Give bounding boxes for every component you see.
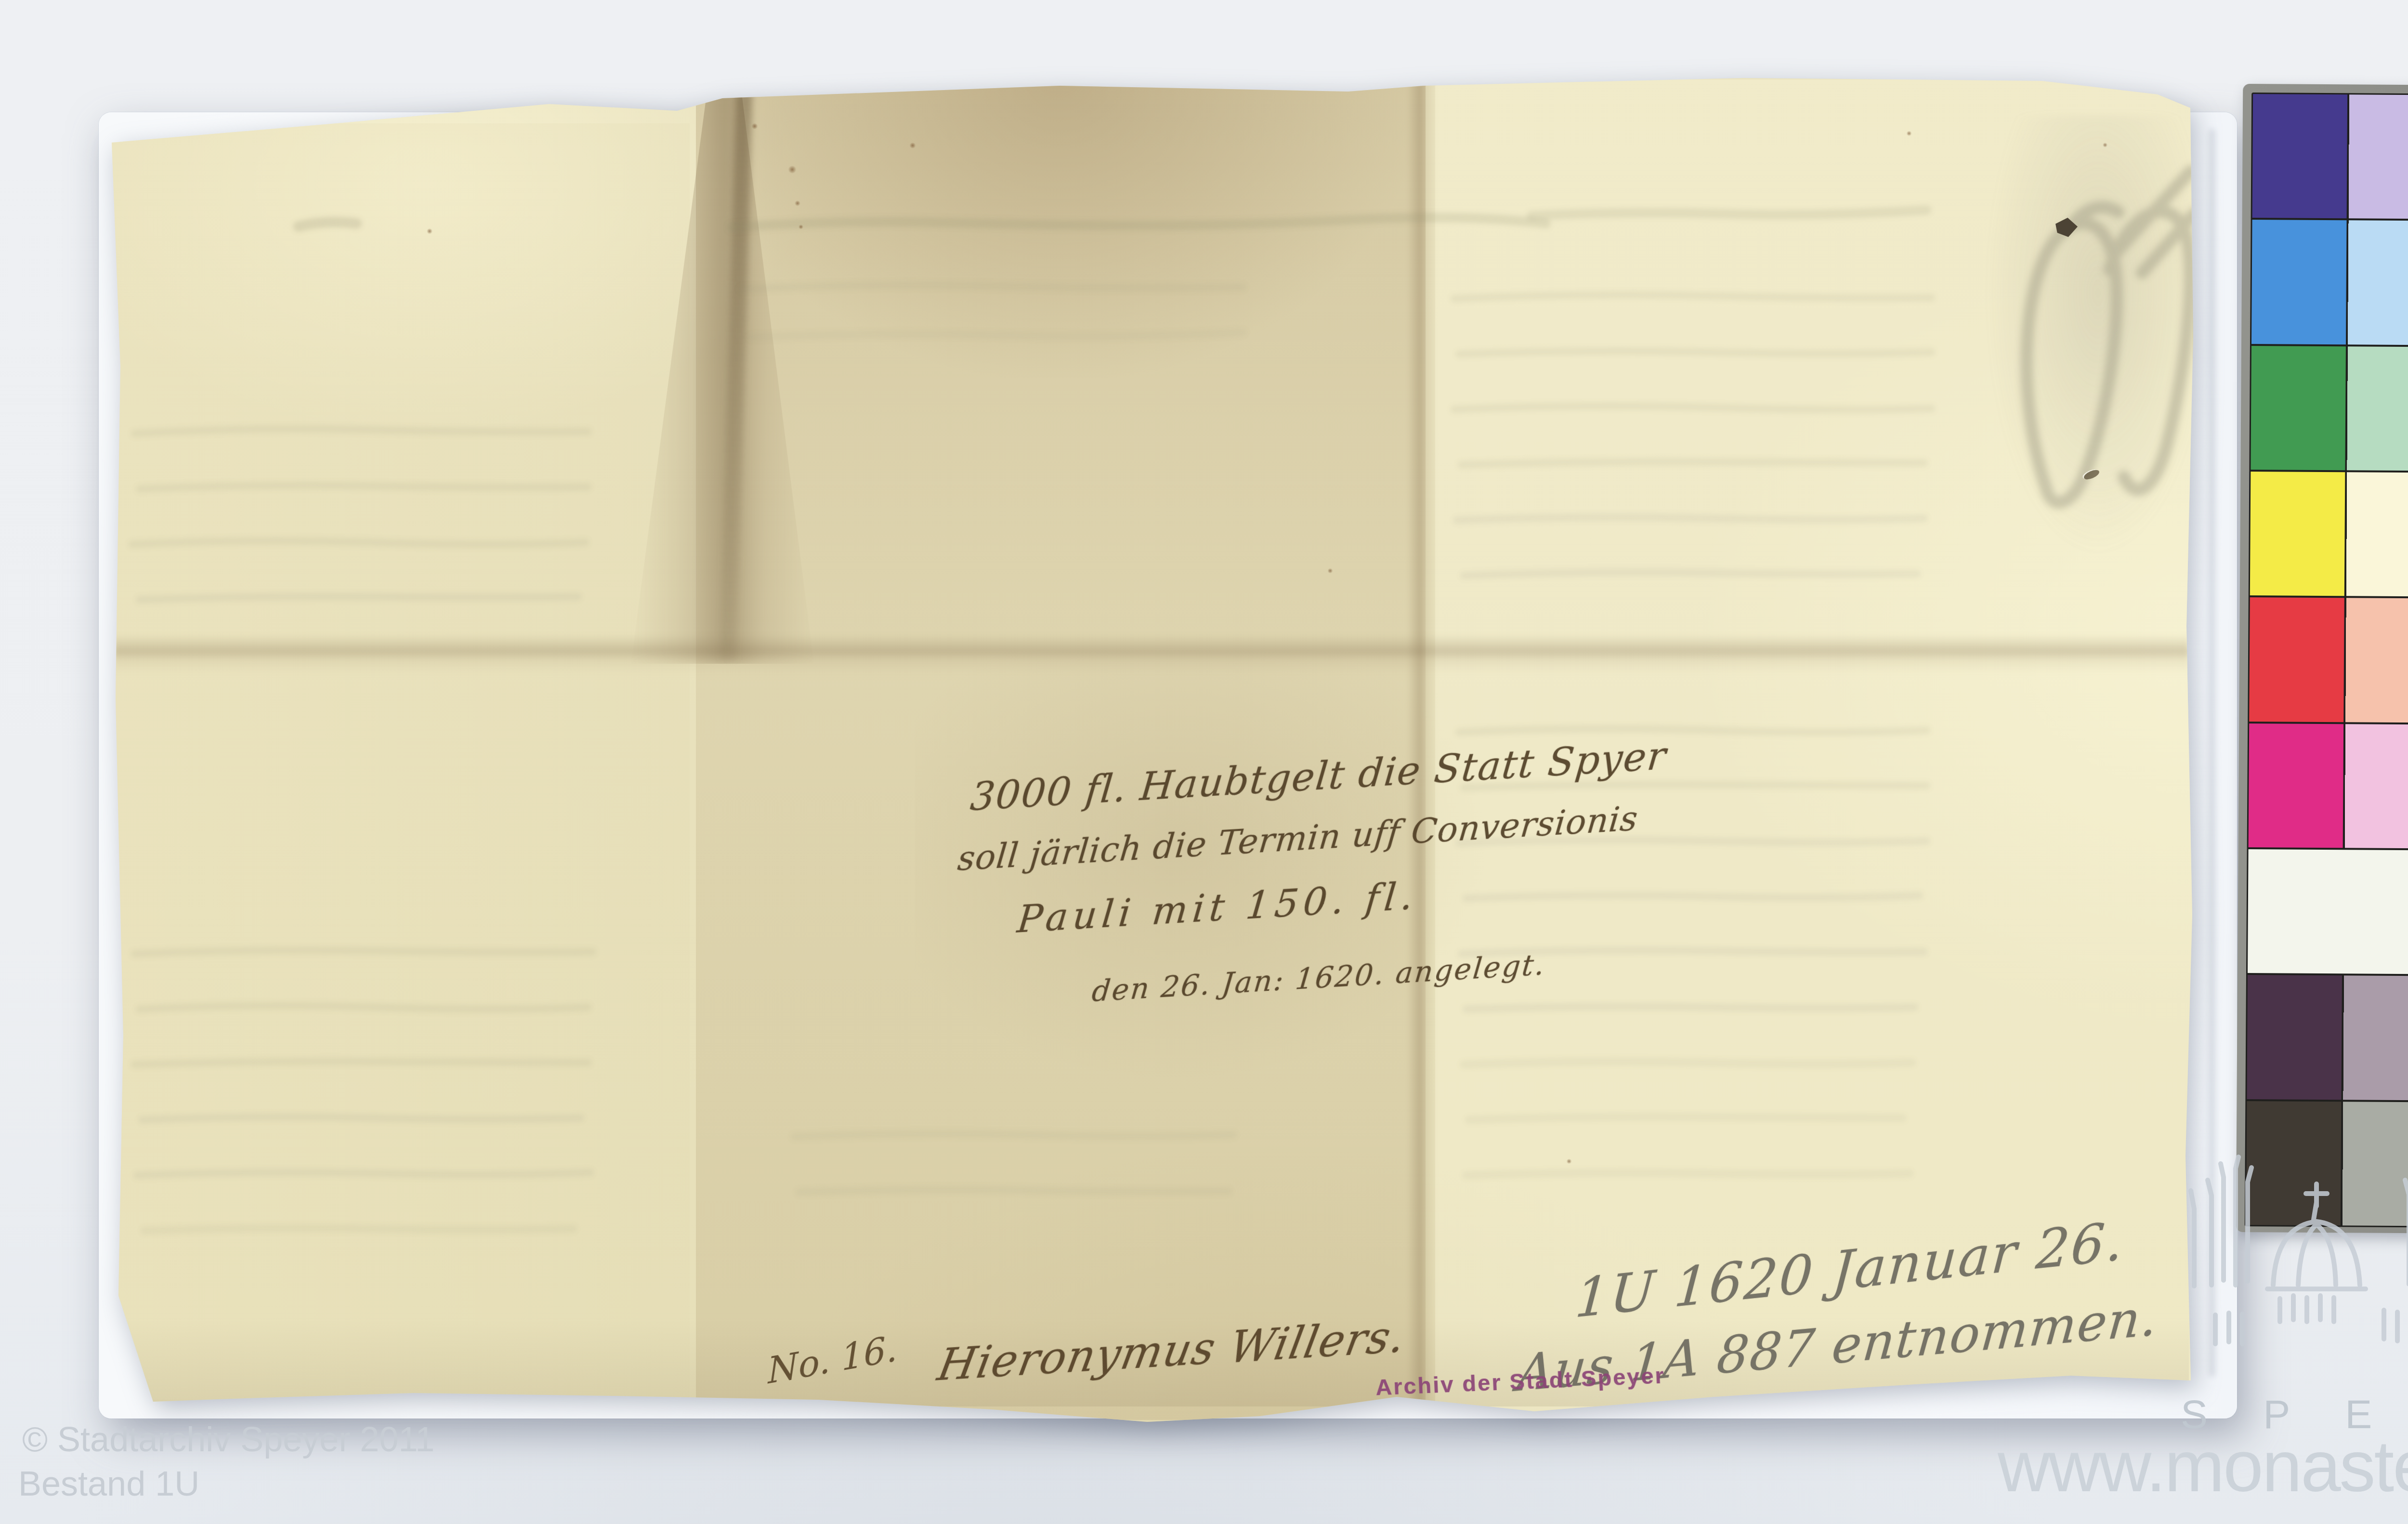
color-patch-grid [2245,92,2408,1227]
archive-photo-stage: 3000 fl. Haubtgelt die Statt Spyer soll … [0,0,2408,1524]
patch-row-magenta [2249,723,2408,849]
stain-speck [427,228,432,234]
patch-green-light [2347,346,2408,471]
stain-speck [798,224,803,229]
patch-blue-light [2349,94,2408,219]
collection-watermark: Bestand 1U [18,1464,199,1504]
stain-speck [2103,143,2107,147]
archive-copyright-watermark: © Stadtarchiv Speyer 2011 [22,1420,434,1459]
patch-row-blue [2252,94,2408,219]
speyer-cathedral-watermark-icon [2177,1137,2408,1406]
patch-3color [2247,975,2342,1100]
stain-speck [1566,1159,1572,1164]
center-archival-note: 3000 fl. Haubtgelt die Statt Spyer soll … [953,733,1691,1064]
patch-row-cyan [2251,220,2408,345]
patch-magenta-light [2345,724,2408,849]
note-line: Pauli mit 150. fl. [1015,874,1420,942]
stain-speck [909,143,916,148]
patch-3color-light [2343,976,2408,1101]
patch-cyan-light [2348,221,2408,345]
stain-speck [751,123,758,129]
stain-speck [1327,568,1333,573]
patch-yellow-light [2346,472,2408,597]
stain-speck [1906,131,1912,136]
patch-magenta [2249,723,2344,848]
patch-row-3color [2247,975,2408,1100]
monasterium-watermark: www.monasterium.net [1998,1425,2408,1508]
patch-row-white [2248,849,2408,974]
patch-yellow [2250,472,2345,596]
patch-row-red [2249,597,2408,723]
patch-white [2248,849,2408,974]
patch-cyan [2251,220,2347,344]
patch-red-light [2345,598,2408,723]
patch-green [2251,346,2346,471]
stain-speck [795,200,800,206]
stain-speck [788,166,797,173]
kodak-color-control-strip: Blue Cyan Green Yellow Red Magenta White… [2236,84,2408,1234]
note-date-line: den 26. Jan: 1620. angelegt. [1090,947,1547,1008]
patch-row-green [2251,346,2408,471]
patch-row-yellow [2250,472,2408,597]
patch-red [2249,597,2344,722]
patch-blue [2252,94,2348,219]
